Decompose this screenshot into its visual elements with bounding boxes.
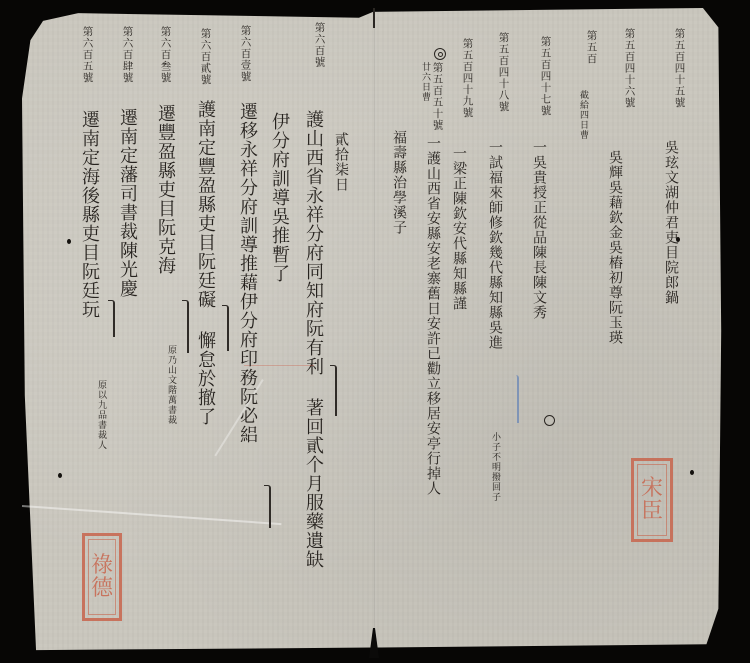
left-col-7-text: 遷南定海後縣吏目阮廷玩	[80, 110, 98, 319]
left-col-7-note: 原以九品書裁人	[96, 380, 105, 450]
margin-bracket	[182, 300, 189, 353]
right-col-2-label: 第五百四十六號	[624, 28, 635, 109]
left-col-5-label: 第六百叁號	[160, 26, 171, 84]
left-col-5-note: 原乃山文階萬書裁	[166, 345, 175, 425]
left-col-5-text: 遷豐盈縣吏目阮克海	[156, 104, 174, 275]
binding-hole	[676, 237, 680, 242]
right-col-4-label: 第五百四十八號	[498, 32, 509, 113]
left-col-6-text: 遷南定藩司書裁陳光慶	[118, 108, 136, 298]
left-col-7-label: 第六百五號	[82, 26, 93, 84]
circle-mark-small	[544, 415, 555, 426]
right-short-note-1-sub: 截給四日曹	[578, 90, 587, 140]
left-col-6-label: 第六百肆號	[122, 26, 133, 84]
binding-hole	[58, 473, 62, 478]
right-col-1-text: 吳玹文湖仲君吏目院郎鍋	[664, 140, 678, 305]
right-short-note-3: 小子不明撥回子	[490, 432, 499, 502]
right-short-note-1: 第五百	[586, 30, 597, 65]
circle-mark-annotation	[434, 48, 446, 60]
right-col-4-text: 一試福來師修欽幾代縣知縣吳進	[488, 140, 502, 350]
fold-notch-top	[373, 8, 375, 28]
seal-char: 宋	[641, 477, 663, 500]
margin-bracket	[264, 485, 271, 528]
right-col-6-sub: 廿六日曹	[420, 62, 429, 102]
right-col-6-label: 第五百五十號	[432, 62, 443, 131]
margin-bracket	[108, 300, 115, 337]
left-col-4-label: 第六百貳號	[200, 28, 211, 86]
left-col-3-text: 遷移永祥分府訓導推藉伊分府印務阮必絽	[238, 102, 256, 444]
margin-bracket	[330, 365, 337, 416]
right-col-5-text: 一梁正陳欽安代縣知縣謹	[452, 146, 466, 311]
seal-char: 祿	[91, 554, 113, 577]
seal-char: 德	[91, 577, 113, 600]
right-col-5-label: 第五百四十九號	[462, 38, 473, 119]
left-col-2-text: 伊分府訓導吳推暫了	[270, 112, 288, 283]
left-col-4-text: 護南定豐盈縣吏目阮廷礙 懈怠於撤了	[196, 100, 214, 426]
left-col-1-text: 護山西省永祥分府同知府阮有利 著回貳个月服藥遺缺	[304, 110, 322, 569]
right-col-7-text: 福壽縣治學溪子	[392, 130, 406, 235]
left-col-1-label: 第六百號	[314, 22, 325, 68]
right-col-3-label: 第五百四十七號	[540, 36, 551, 117]
red-seal-right: 宋 臣	[631, 458, 673, 542]
blue-margin-mark	[512, 375, 519, 423]
right-col-2-text: 吳輝吳藉欽金吳樁初尊阮玉瑛	[608, 150, 622, 345]
right-col-1-label: 第五百四十五號	[674, 28, 685, 109]
binding-hole	[690, 470, 694, 475]
left-col-3-label: 第六百壹號	[240, 25, 251, 83]
seal-char: 臣	[641, 500, 663, 523]
binding-hole	[67, 239, 71, 244]
margin-bracket	[222, 305, 229, 351]
right-col-6-text: 一護山西省安縣安老寨舊日安許已勸立移居安亭行掉人	[426, 136, 440, 496]
center-fold	[374, 8, 376, 654]
date-column: 貳拾柒日	[334, 132, 348, 192]
red-seal-left: 祿 德	[82, 533, 122, 621]
right-col-3-text: 一吳貴授正從品陳長陳文秀	[532, 140, 546, 320]
